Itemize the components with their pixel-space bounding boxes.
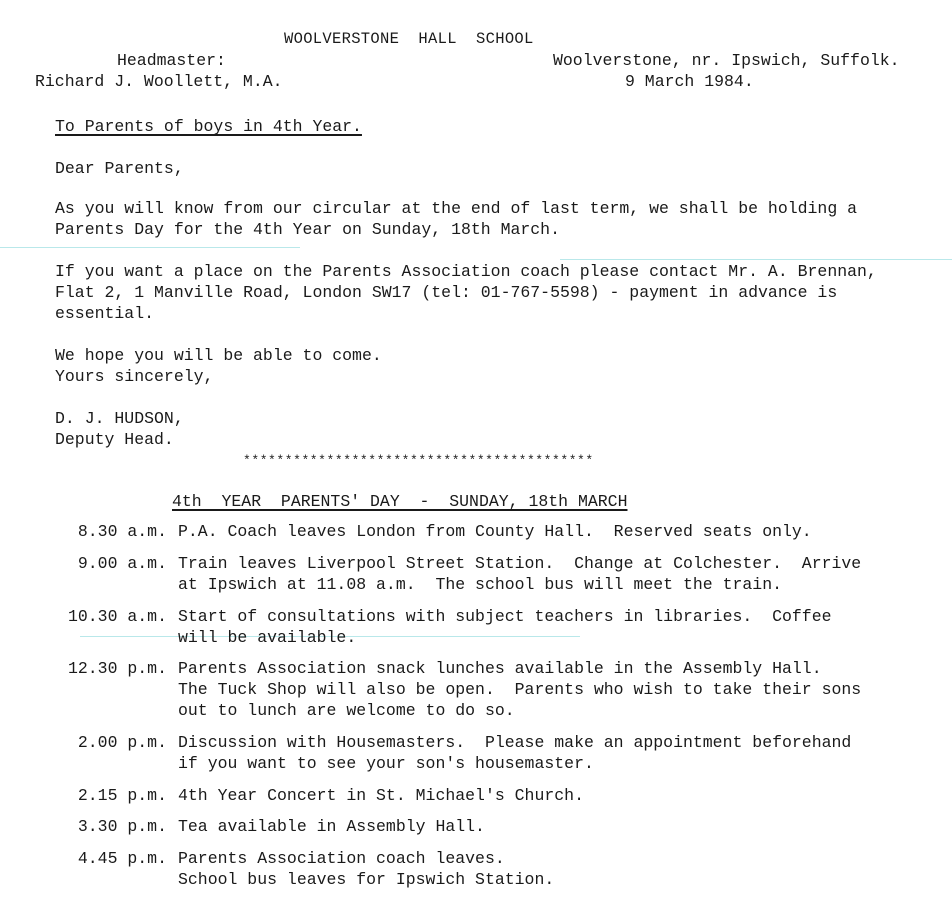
salutation: Dear Parents, (55, 158, 184, 179)
schedule-description: Parents Association coach leaves. School… (178, 848, 554, 890)
schedule-time: 2.15 p.m. (78, 785, 167, 806)
paragraph-parents-day: As you will know from our circular at th… (55, 198, 857, 240)
schedule-time: 3.30 p.m. (78, 816, 167, 837)
schedule-time: 2.00 p.m. (78, 732, 167, 753)
schedule-description: Discussion with Housemasters. Please mak… (178, 732, 851, 774)
schedule-description: Train leaves Liverpool Street Station. C… (178, 553, 861, 595)
schedule-heading: 4th YEAR PARENTS' DAY - SUNDAY, 18th MAR… (172, 491, 627, 512)
schedule-time: 4.45 p.m. (78, 848, 167, 869)
separator-asterisks: ****************************************… (243, 450, 594, 471)
schedule-time: 10.30 a.m. (68, 606, 167, 627)
headmaster-label: Headmaster: (117, 50, 226, 71)
scan-streak (0, 247, 300, 248)
schedule-description: Tea available in Assembly Hall. (178, 816, 485, 837)
letter-date: 9 March 1984. (625, 71, 754, 92)
schedule-time: 8.30 a.m. (78, 521, 167, 542)
paragraph-coach: If you want a place on the Parents Assoc… (55, 261, 877, 324)
headmaster-name: Richard J. Woollett, M.A. (35, 71, 283, 92)
schedule-description: P.A. Coach leaves London from County Hal… (178, 521, 812, 542)
school-name: WOOLVERSTONE HALL SCHOOL (284, 29, 534, 50)
schedule-description: Start of consultations with subject teac… (178, 606, 832, 648)
scan-streak (560, 259, 952, 260)
school-address: Woolverstone, nr. Ipswich, Suffolk. (553, 50, 900, 71)
schedule-time: 9.00 a.m. (78, 553, 167, 574)
schedule-time: 12.30 p.m. (68, 658, 167, 679)
signature-block: D. J. HUDSON, Deputy Head. (55, 408, 184, 450)
schedule-description: 4th Year Concert in St. Michael's Church… (178, 785, 584, 806)
closing: We hope you will be able to come. Yours … (55, 345, 382, 387)
schedule-description: Parents Association snack lunches availa… (178, 658, 861, 721)
addressee-line: To Parents of boys in 4th Year. (55, 116, 362, 137)
